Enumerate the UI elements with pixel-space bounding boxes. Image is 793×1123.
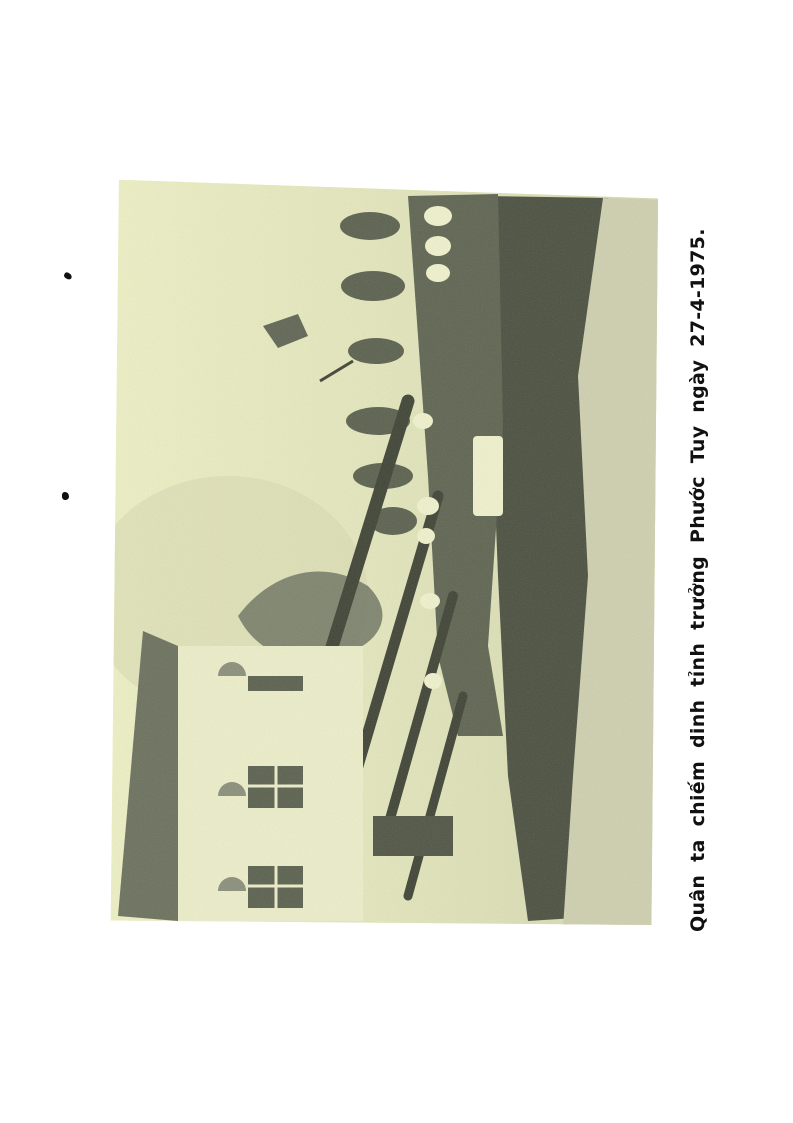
caption-word: trưởng <box>687 556 709 630</box>
caption-word: 27-4-1975. <box>687 228 709 347</box>
photo-caption: Quân ta chiếm dinh tỉnh trưởng Phước Tuy… <box>687 212 709 932</box>
ink-speck <box>63 271 73 280</box>
caption-word: dinh <box>687 700 709 748</box>
caption-word: ngày <box>687 360 709 413</box>
scanned-page: Quân ta chiếm dinh tỉnh trưởng Phước Tuy… <box>0 0 793 1123</box>
caption-word: Phước <box>687 476 709 543</box>
caption-word: ta <box>687 839 709 862</box>
photo-illustration <box>108 176 658 928</box>
caption-word: Quân <box>687 875 709 932</box>
halftone-photograph <box>108 176 658 928</box>
caption-word: tỉnh <box>687 643 709 687</box>
caption-word: chiếm <box>687 761 709 827</box>
caption-word: Tuy <box>687 426 709 464</box>
ink-speck <box>62 492 69 500</box>
